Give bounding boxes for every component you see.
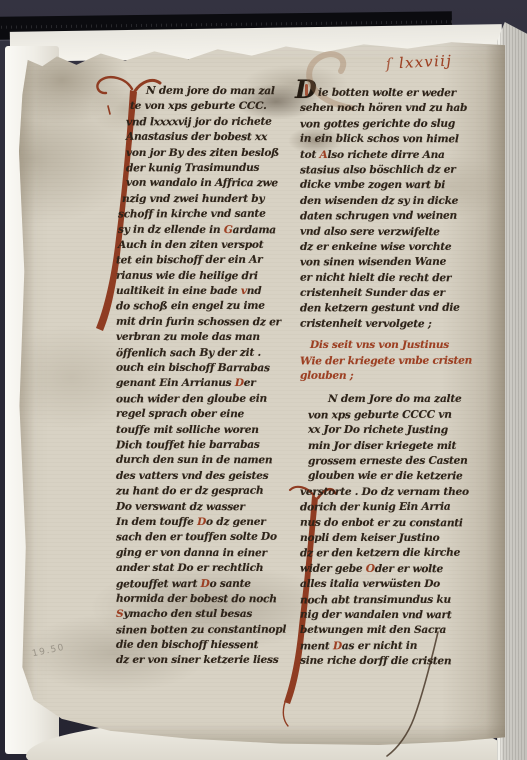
text-line: er nicht hielt die recht der [300, 270, 480, 286]
ink-text: ouch wider den gloube ein [116, 393, 267, 406]
ink-text: ymacho den stul besas [123, 608, 252, 620]
ink-text: nd [247, 285, 262, 297]
rubric-text: D [235, 377, 244, 389]
text-line: touffe mit solliche woren [116, 423, 294, 438]
rubric-text: A [320, 149, 328, 161]
text-line: Do verswant dz wasser [116, 499, 294, 515]
text-line: cristenheit Sunder das er [300, 286, 480, 301]
ink-text: regel sprach ober eine [116, 408, 244, 420]
ink-text: verbran zu mole das man [116, 331, 260, 343]
text-line: hormida der bobest do noch [116, 592, 294, 608]
text-line: alles italia verwüsten Do [300, 577, 480, 592]
ink-text: sine riche dorff die cristen [300, 655, 451, 668]
text-line: sy in dz ellende in Gardama [118, 222, 294, 238]
ink-text: lso richete dirre Ana [328, 149, 445, 161]
text-line: dicke vmbe zogen wart bi [300, 178, 480, 194]
ink-text: ander stat Do er rechtlich [116, 562, 263, 574]
text-line: sach den er touffen solte Do [116, 530, 294, 546]
ink-text: tot [300, 149, 320, 161]
left-text-column: N dem jore do man zalte von xps geburte … [116, 84, 294, 669]
text-line: den wisenden dz sy in dicke [300, 194, 480, 209]
text-line: mit drin furin schossen dz er [116, 315, 294, 331]
ink-text: min Jor diser kriegete mit [308, 440, 456, 452]
rubric-text: G [224, 224, 233, 236]
ink-text: as er nicht in [342, 640, 417, 652]
text-line: verbran zu mole das man [116, 330, 294, 345]
ink-text: dz er den ketzern die kirche [300, 547, 460, 560]
rubric-text: glouben ; [300, 370, 353, 382]
ink-text: sinen botten zu constantinopl [116, 623, 286, 636]
ink-text: er [244, 377, 256, 389]
ink-text: glouben wie er die ketzerie [308, 470, 463, 483]
text-line: sehen noch hören vnd zu hab [300, 101, 480, 116]
ink-text: Auch in den ziten verspot [118, 239, 263, 251]
ink-text: in ein blick schos von himel [300, 133, 459, 146]
ink-text: durch den sun in de namen [116, 454, 272, 467]
text-line: do schoß ein engel zu ime [116, 299, 294, 315]
text-line: te von xps geburte CCC. [130, 99, 294, 114]
ink-text: verstorte . Do dz vernam theo [300, 486, 469, 498]
right-text-column: ie botten wolte er wedersehen noch hören… [300, 86, 480, 669]
text-line: von gottes gerichte do slug [300, 116, 480, 132]
ink-text: hormida der bobest do noch [116, 593, 277, 606]
ink-text: Anastasius der bobest xx [126, 131, 267, 143]
text-line: tet ein bischoff der ein Ar [116, 253, 294, 269]
ink-text: noch abt transimundus ku [300, 593, 451, 606]
text-line: ander stat Do er rechtlich [116, 561, 294, 576]
text-line: Auch in den ziten verspot [118, 238, 294, 253]
text-line: regel sprach ober eine [116, 407, 294, 423]
text-line: In dem touffe Do dz gener [116, 515, 294, 530]
text-line: grossem erneste des Casten [308, 454, 480, 470]
text-line: von xps geburte CCCC vn [308, 407, 480, 423]
ink-text: o dz gener [206, 516, 266, 528]
ink-text: von gottes gerichte do slug [300, 117, 455, 130]
text-line: noch abt transimundus ku [300, 592, 480, 608]
text-line: wider gebe Oder er wolte [300, 561, 480, 577]
text-line: Dis seit vns von Justinus [310, 338, 480, 353]
ink-text: nzig vnd zwei hundert by [122, 193, 264, 205]
text-line: die den bischoff hiessent [116, 638, 294, 654]
text-line: min Jor diser kriegete mit [308, 439, 480, 454]
ink-text: nopli dem keiser Justino [300, 532, 439, 544]
text-line: ging er von danna in einer [116, 545, 294, 561]
text-line: rianus wie die heilige dri [116, 268, 294, 284]
ink-text: ging er von danna in einer [116, 546, 267, 559]
ink-text: dz er enkeine wise vorchte [300, 241, 451, 253]
ink-text: N dem jore do man zal [146, 85, 275, 97]
ink-text: grossem erneste des Casten [308, 455, 468, 468]
ink-text: rianus wie die heilige dri [116, 269, 258, 281]
text-line: nig der wandalen vnd wart [300, 608, 480, 624]
ink-text: sehen noch hören vnd zu hab [300, 102, 467, 114]
text-line: sine riche dorff die cristen [300, 654, 480, 670]
text-line: ment Das er nicht in [300, 638, 480, 654]
ink-text: te von xps geburte CCC. [130, 100, 267, 112]
text-line: öffenlich sach By der zit . [116, 345, 294, 361]
rubric-text: Wie der kriegete vmbe cristen [300, 354, 472, 367]
ink-text: stasius also böschlich dz er [300, 164, 456, 177]
text-line: nus do enbot er zu constanti [300, 515, 480, 531]
ink-text: den wisenden dz sy in dicke [300, 195, 458, 207]
rubric-text: D [201, 577, 210, 589]
ink-text: do schoß ein engel zu ime [116, 300, 265, 313]
ink-text: o sante [210, 577, 251, 589]
ink-text: den ketzern gestunt vnd die [300, 302, 460, 315]
text-line: tot Also richete dirre Ana [300, 148, 480, 163]
text-line: ouch ein bischoff Barrabas [116, 361, 294, 377]
text-line: ouch wider den gloube ein [116, 391, 294, 407]
text-line: schoff in kirche vnd sante [118, 207, 294, 223]
ink-text: dorich der kunig Ein Arria [300, 501, 451, 514]
ink-text: N dem Jore do ma zalte [328, 393, 461, 405]
text-line: dz er den ketzern die kirche [300, 546, 480, 562]
text-line: des vatters vnd des geistes [116, 469, 294, 484]
text-line: ualtikeit in eine bade vnd [116, 284, 294, 299]
ink-text: dicke vmbe zogen wart bi [300, 179, 445, 192]
text-line: N dem Jore do ma zalte [328, 392, 480, 407]
ink-text: vnd lxxxxvij jor do richete [126, 116, 272, 129]
text-line: verstorte . Do dz vernam theo [300, 485, 480, 500]
ink-text: sy in dz ellende in [118, 223, 224, 235]
ink-text: cristenheit Sunder das er [300, 287, 445, 299]
ink-text: tet ein bischoff der ein Ar [116, 254, 262, 267]
text-line: in ein blick schos von himel [300, 132, 480, 148]
text-line: von sinen wisenden Wane [300, 255, 480, 271]
ink-text: getouffet wart [116, 578, 201, 590]
text-line: daten schrugen vnd weinen [300, 209, 480, 225]
text-line: getouffet wart Do sante [116, 576, 294, 592]
text-line: betwungen mit den Sacra [300, 623, 480, 638]
ink-text: In dem touffe [116, 516, 197, 528]
text-line: vnd lxxxxvij jor do richete [126, 114, 294, 130]
ink-text: von jor By des ziten besloß [126, 147, 279, 159]
text-line: cristenheit vervolgete ; [300, 317, 480, 333]
text-line: der kunig Trasimundus [126, 161, 294, 177]
ink-text: von sinen wisenden Wane [300, 256, 446, 269]
ink-text: zu hant do er dz gesprach [116, 485, 263, 498]
ink-text: ouch ein bischoff Barrabas [116, 362, 270, 375]
text-line: genant Ein Arrianus Der [116, 376, 294, 391]
ink-text: des vatters vnd des geistes [116, 470, 268, 482]
text-line: von jor By des ziten besloß [126, 146, 294, 161]
ink-text: der kunig Trasimundus [126, 162, 259, 175]
ink-text: von xps geburte CCCC vn [308, 409, 452, 422]
ink-text: Do verswant dz wasser [116, 500, 245, 512]
text-line: xx Jor Do richete Justing [308, 423, 480, 439]
ink-text: genant Ein Arrianus [116, 377, 235, 389]
rubric-text: Dis seit vns von Justinus [310, 339, 449, 351]
text-line: ie botten wolte er weder [318, 86, 480, 102]
ink-text: der er wolte [375, 563, 443, 575]
text-line: Dich touffet hie barrabas [116, 438, 294, 454]
text-line: dz er enkeine wise vorchte [300, 240, 480, 255]
ink-text: cristenheit vervolgete ; [300, 318, 432, 330]
ink-text: betwungen mit den Sacra [300, 624, 446, 636]
ink-text: touffe mit solliche woren [116, 424, 259, 436]
ink-text: sach den er touffen solte Do [116, 531, 277, 544]
ink-text: von wandalo in Affrica zwe [126, 177, 278, 190]
rubric-text: D [333, 640, 342, 652]
ink-text: Dich touffet hie barrabas [116, 439, 260, 452]
text-line: nopli dem keiser Justino [300, 531, 480, 546]
text-line: dz er von siner ketzerie liess [116, 653, 294, 668]
text-line: nzig vnd zwei hundert by [122, 192, 294, 207]
manuscript-photo: D lxxviij N dem jore do man zalte von xp… [0, 0, 527, 760]
ink-text: wider gebe [300, 562, 366, 574]
text-line: den ketzern gestunt vnd die [300, 301, 480, 317]
text-line: Anastasius der bobest xx [126, 130, 294, 146]
text-line: sinen botten zu constantinopl [116, 622, 294, 638]
ink-text: daten schrugen vnd weinen [300, 210, 457, 223]
ink-text: öffenlich sach By der zit . [116, 346, 261, 359]
text-line: vnd also sere verzwifelte [300, 224, 480, 240]
ink-text: alles italia verwüsten Do [300, 578, 440, 590]
ink-text: xx Jor Do richete Justing [308, 424, 448, 436]
text-line: stasius also böschlich dz er [300, 163, 480, 179]
ink-text: ardama [233, 224, 276, 236]
rubric-text: D [197, 516, 206, 528]
ink-text: die den bischoff hiessent [116, 639, 258, 651]
text-line: dorich der kunig Ein Arria [300, 500, 480, 516]
ink-text: vnd also sere verzwifelte [300, 225, 440, 237]
text-line: glouben wie er die ketzerie [308, 469, 480, 485]
text-line: von wandalo in Affrica zwe [126, 176, 294, 192]
text-line: N dem jore do man zal [146, 84, 294, 100]
ink-text: mit drin furin schossen dz er [116, 316, 281, 329]
ink-text: nig der wandalen vnd wart [300, 609, 452, 622]
ink-text: ualtikeit in eine bade [116, 285, 241, 297]
ink-text: ment [300, 640, 333, 652]
ink-text: ie botten wolte er weder [318, 87, 456, 99]
text-line: Wie der kriegete vmbe cristen [300, 353, 480, 369]
rubric-text: O [366, 563, 375, 575]
text-line: glouben ; [300, 369, 480, 385]
text-line: zu hant do er dz gesprach [116, 484, 294, 500]
ink-text: schoff in kirche vnd sante [118, 208, 266, 221]
ink-text: er nicht hielt die recht der [300, 271, 451, 284]
text-line: durch den sun in de namen [116, 453, 294, 469]
text-line: Symacho den stul besas [116, 607, 294, 622]
ink-text: dz er von siner ketzerie liess [116, 654, 278, 666]
ink-text: nus do enbot er zu constanti [300, 516, 463, 529]
